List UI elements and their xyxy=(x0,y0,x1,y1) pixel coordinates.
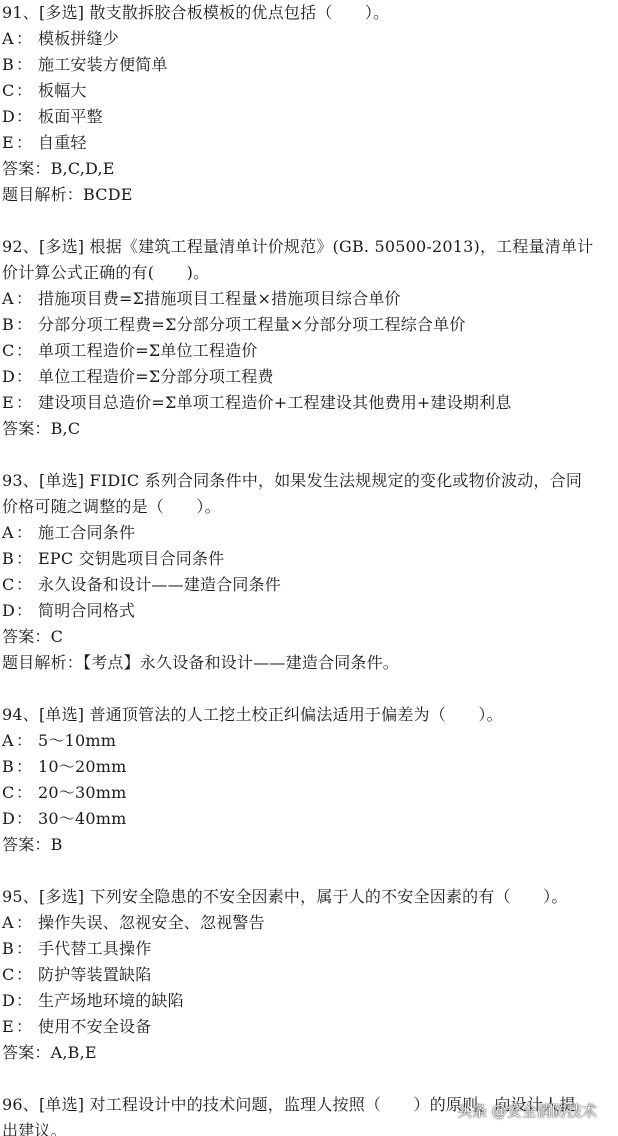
spacer xyxy=(2,442,616,468)
spacer xyxy=(2,676,616,702)
question-stem: 94、[单选] 普通顶管法的人工挖土校正纠偏法适用于偏差为（ ）。 xyxy=(2,702,616,728)
document-body: 91、[多选] 散支散拆胶合板模板的优点包括（ ）。 A：模板拼缝少 B：施工安… xyxy=(2,0,616,1136)
question-93: 93、[单选] FIDIC 系列合同条件中，如果发生法规规定的变化或物价波动，合… xyxy=(2,468,616,676)
option-a: A：措施项目费=Σ措施项目工程量×措施项目综合单价 xyxy=(2,286,616,312)
question-stem: 92、[多选] 根据《建筑工程量清单计价规范》(GB. 50500-2013)，… xyxy=(2,234,616,260)
watermark: 头条 @安全消防技术 xyxy=(457,1100,597,1121)
option-c: C：防护等装置缺陷 xyxy=(2,962,616,988)
spacer xyxy=(2,208,616,234)
analysis: 题目解析：【考点】永久设备和设计——建造合同条件。 xyxy=(2,650,616,676)
option-b: B：EPC 交钥匙项目合同条件 xyxy=(2,546,616,572)
question-95: 95、[多选] 下列安全隐患的不安全因素中，属于人的不安全因素的有（ ）。 A：… xyxy=(2,884,616,1066)
option-b: B：10～20mm xyxy=(2,754,616,780)
option-c: C：单项工程造价=Σ单位工程造价 xyxy=(2,338,616,364)
answer: 答案：B,C xyxy=(2,416,616,442)
answer: 答案：B,C,D,E xyxy=(2,156,616,182)
option-a: A：施工合同条件 xyxy=(2,520,616,546)
option-d: D：单位工程造价=Σ分部分项工程费 xyxy=(2,364,616,390)
option-c: C：板幅大 xyxy=(2,78,616,104)
spacer xyxy=(2,858,616,884)
question-stem: 93、[单选] FIDIC 系列合同条件中，如果发生法规规定的变化或物价波动，合… xyxy=(2,468,616,494)
option-e: E：建设项目总造价=Σ单项工程造价+工程建设其他费用+建设期利息 xyxy=(2,390,616,416)
question-94: 94、[单选] 普通顶管法的人工挖土校正纠偏法适用于偏差为（ ）。 A：5～10… xyxy=(2,702,616,858)
option-d: D：生产场地环境的缺陷 xyxy=(2,988,616,1014)
option-a: A：5～10mm xyxy=(2,728,616,754)
question-91: 91、[多选] 散支散拆胶合板模板的优点包括（ ）。 A：模板拼缝少 B：施工安… xyxy=(2,0,616,208)
option-e: E：自重轻 xyxy=(2,130,616,156)
question-stem-cont: 价格可随之调整的是（ ）。 xyxy=(2,494,616,520)
answer: 答案：C xyxy=(2,624,616,650)
option-e: E：使用不安全设备 xyxy=(2,1014,616,1040)
question-stem-cont: 价计算公式正确的有( )。 xyxy=(2,260,616,286)
question-92: 92、[多选] 根据《建筑工程量清单计价规范》(GB. 50500-2013)，… xyxy=(2,234,616,442)
option-d: D：30～40mm xyxy=(2,806,616,832)
option-b: B：分部分项工程费=Σ分部分项工程量×分部分项工程综合单价 xyxy=(2,312,616,338)
option-d: D：板面平整 xyxy=(2,104,616,130)
answer: 答案：A,B,E xyxy=(2,1040,616,1066)
spacer xyxy=(2,1066,616,1092)
option-b: B：手代替工具操作 xyxy=(2,936,616,962)
option-a: A：模板拼缝少 xyxy=(2,26,616,52)
option-a: A：操作失误、忽视安全、忽视警告 xyxy=(2,910,616,936)
option-d: D：简明合同格式 xyxy=(2,598,616,624)
question-stem: 95、[多选] 下列安全隐患的不安全因素中，属于人的不安全因素的有（ ）。 xyxy=(2,884,616,910)
answer: 答案：B xyxy=(2,832,616,858)
option-c: C：永久设备和设计——建造合同条件 xyxy=(2,572,616,598)
question-stem: 91、[多选] 散支散拆胶合板模板的优点包括（ ）。 xyxy=(2,0,616,26)
option-b: B：施工安装方便简单 xyxy=(2,52,616,78)
option-c: C：20～30mm xyxy=(2,780,616,806)
analysis: 题目解析：BCDE xyxy=(2,182,616,208)
